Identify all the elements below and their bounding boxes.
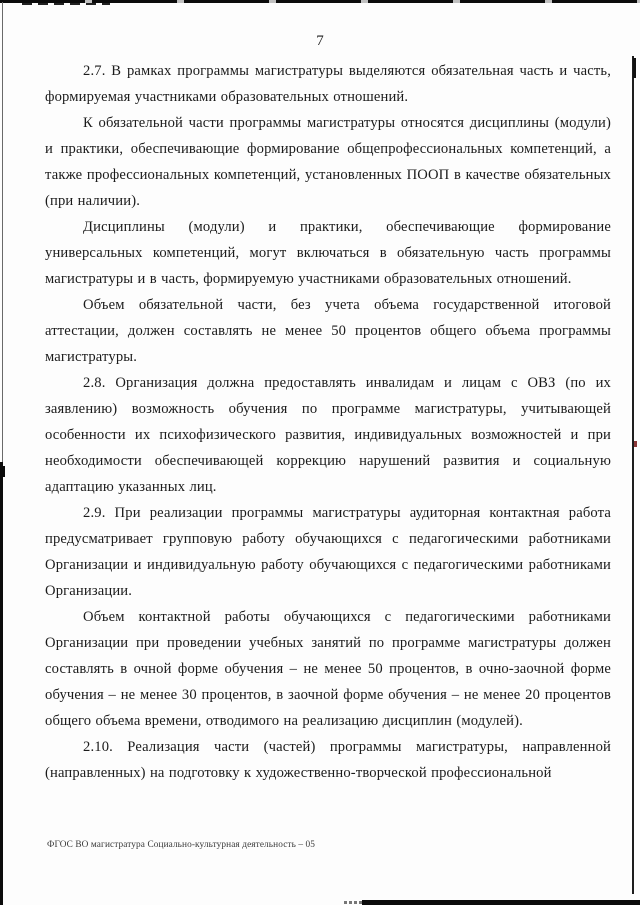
paragraph-contact-work-volume: Объем контактной работы обучающихся с пе… [45,604,611,734]
page-number: 7 [0,33,640,50]
scan-right-edge-artifact [632,56,634,894]
scan-left-notch-artifact [0,466,5,477]
document-body: 2.7. В рамках программы магистратуры выд… [45,58,611,786]
scan-right-tick-artifact [634,441,637,447]
scan-bottom-edge-artifact [362,900,640,905]
paragraph-2-8: 2.8. Организация должна предоставлять ин… [45,370,611,500]
paragraph-2-9: 2.9. При реализации программы магистрату… [45,500,611,604]
scan-left-edge-artifact [2,2,3,464]
scan-bottom-dashes-artifact [344,901,362,904]
paragraph-universal-competencies: Дисциплины (модули) и практики, обеспечи… [45,214,611,292]
paragraph-mandatory-volume: Объем обязательной части, без учета объе… [45,292,611,370]
page-footer: ФГОС ВО магистратура Социально-культурна… [47,840,315,850]
paragraph-mandatory-part: К обязательной части программы магистрат… [45,110,611,214]
document-page: 7 2.7. В рамках программы магистратуры в… [0,0,640,905]
paragraph-2-7: 2.7. В рамках программы магистратуры выд… [45,58,611,110]
scan-left-edge-thick-artifact [0,462,3,905]
paragraph-2-10: 2.10. Реализация части (частей) программ… [45,734,611,786]
scan-right-edge-head-artifact [633,58,636,78]
scan-top-dash-artifact [22,3,110,5]
